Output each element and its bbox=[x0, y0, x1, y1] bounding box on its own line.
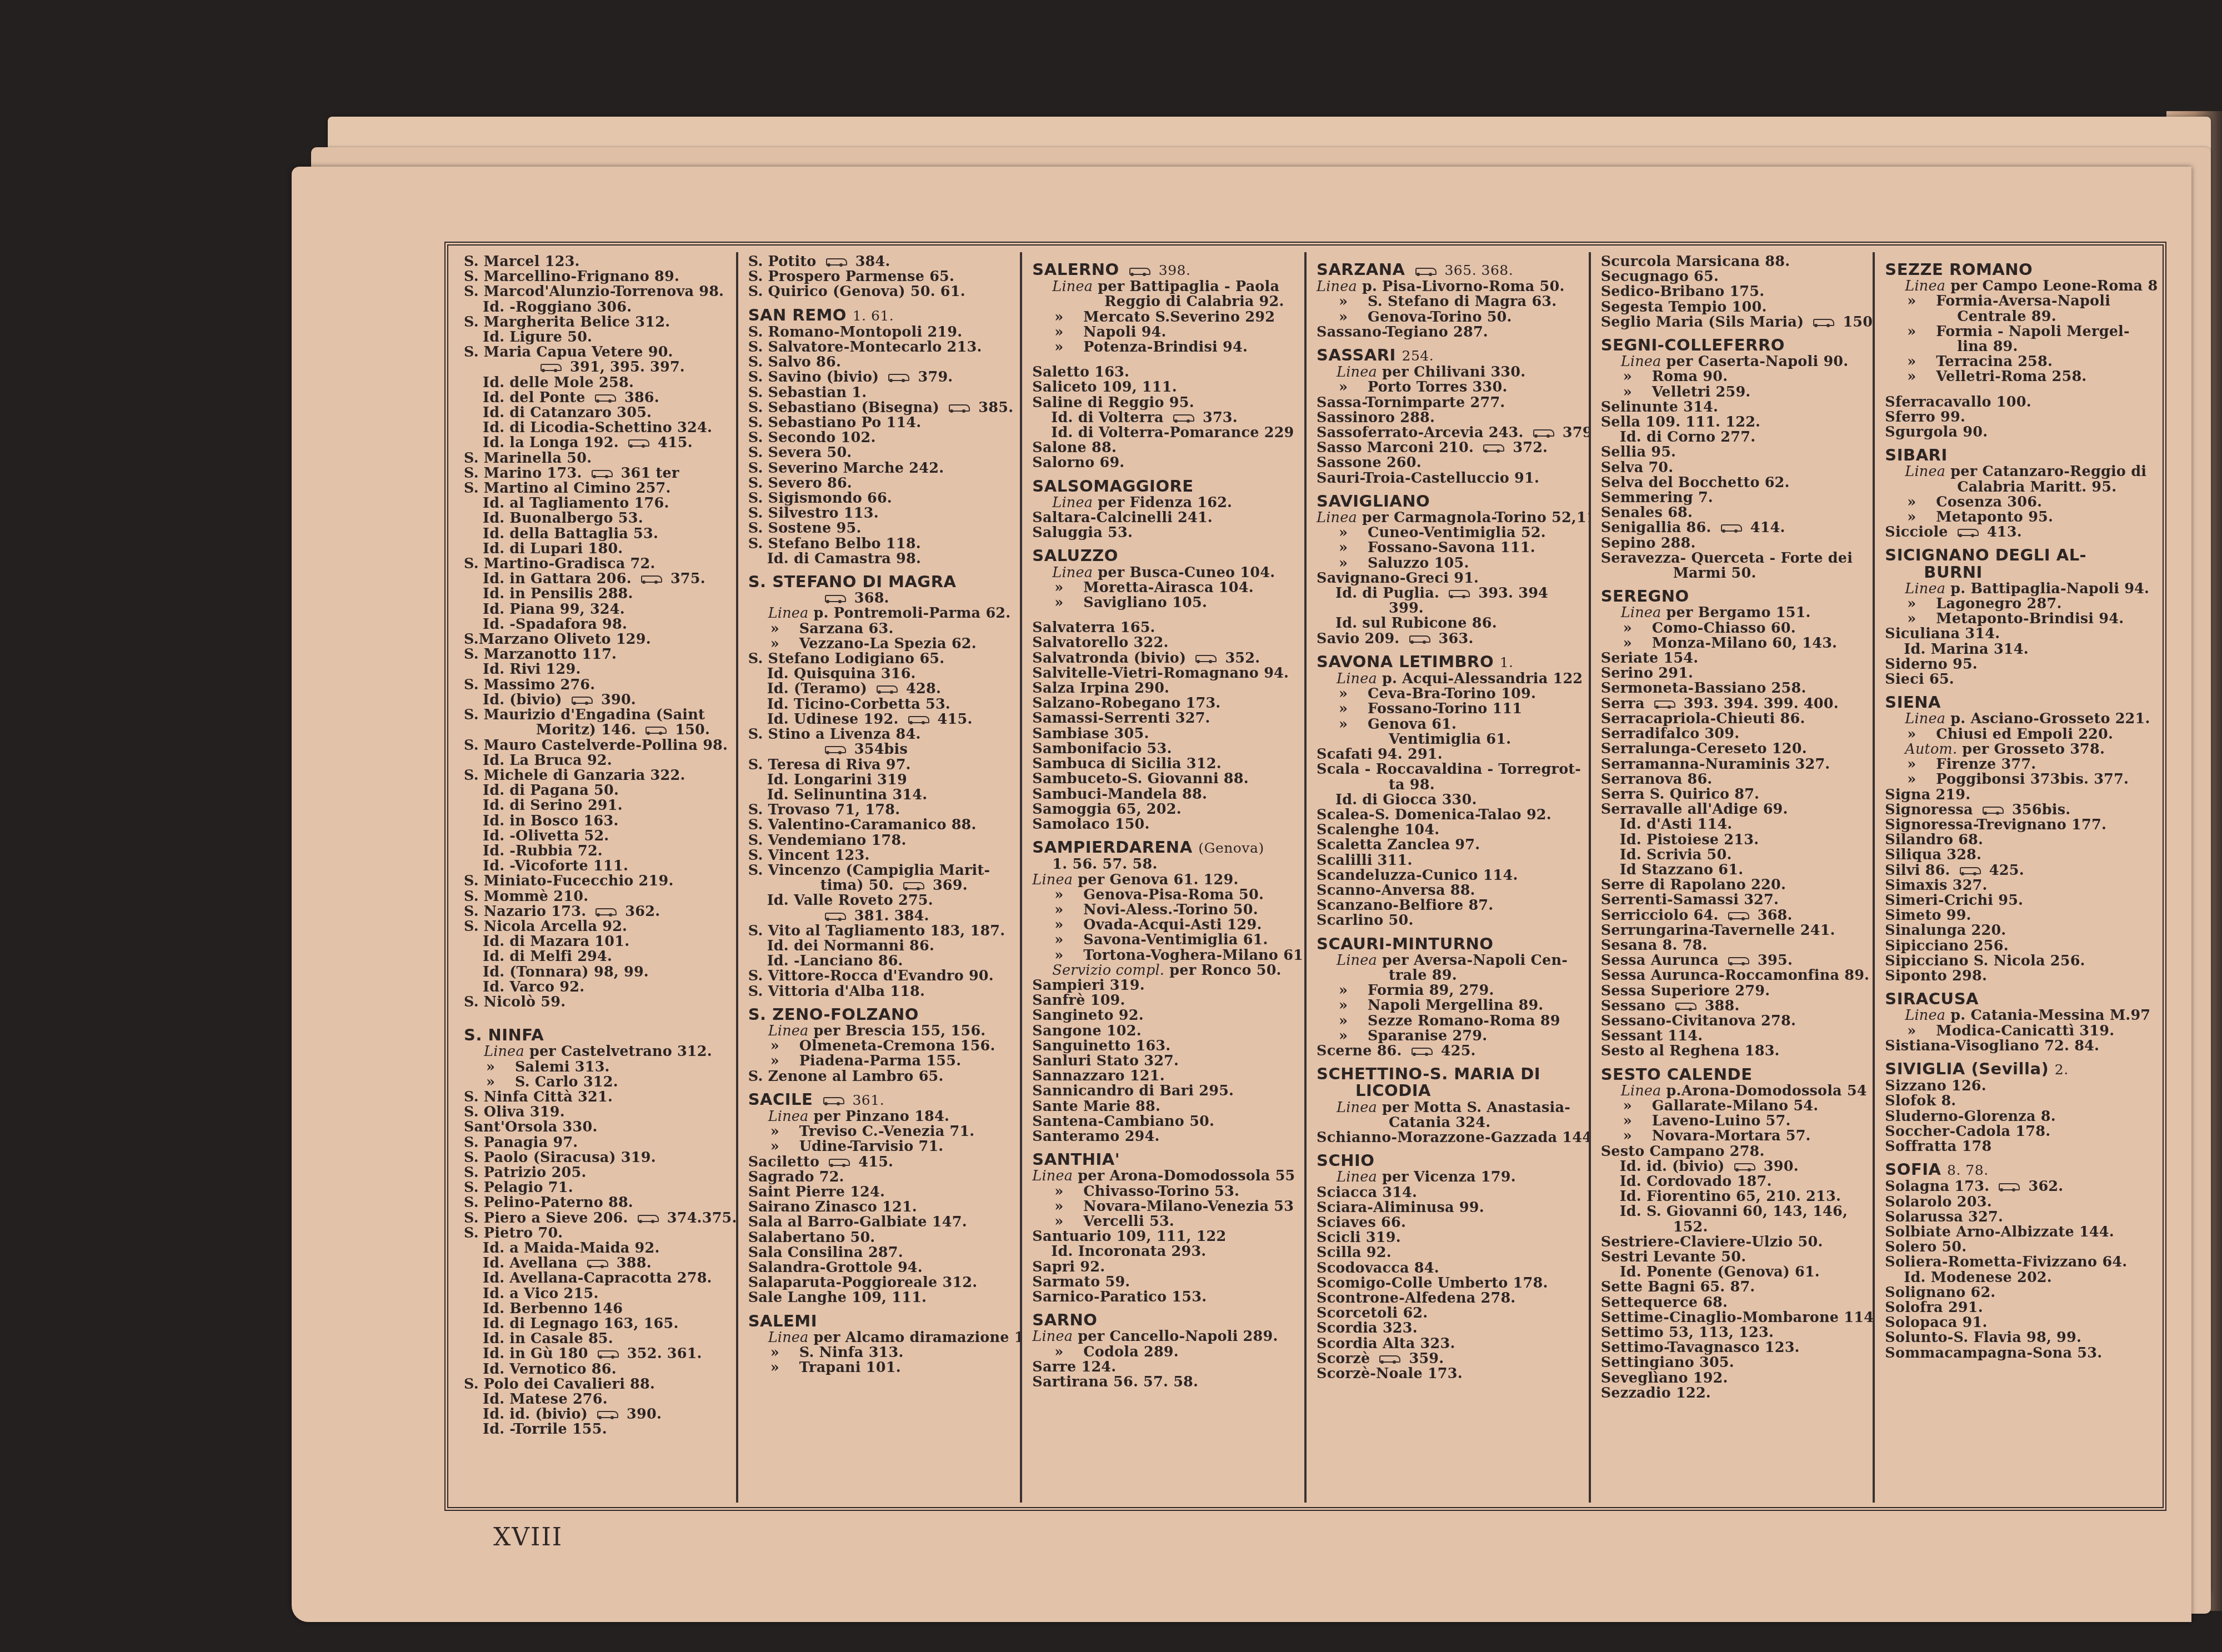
entry-text: Sarnico-Paratico 153. bbox=[1032, 1289, 1207, 1305]
station-entry: Sessano 388. bbox=[1601, 999, 1866, 1014]
entry-text: S. Zenone al Lambro 65. bbox=[748, 1068, 944, 1085]
line-label: Linea bbox=[1032, 872, 1073, 888]
entry-text: Settimo 53, 113, 123. bbox=[1601, 1324, 1774, 1341]
entry-text: Sipicciano S. Nicola 256. bbox=[1885, 953, 2085, 969]
station-entry: S. Mommè 210. bbox=[464, 889, 729, 904]
line-branch: Napoli Mergellina 89. bbox=[1317, 998, 1582, 1013]
station-entry: Salvaterra 165. bbox=[1032, 620, 1298, 635]
station-entry: S. Massimo 276. bbox=[464, 678, 729, 693]
entry-text: Sesto al Reghena 183. bbox=[1601, 1043, 1780, 1059]
sub-entry: Id. Pistoiese 213. bbox=[1601, 833, 1866, 848]
sub-entry: Id. di Corno 277. bbox=[1601, 430, 1866, 445]
entry-text: Sambuci-Mandela 88. bbox=[1032, 786, 1207, 803]
entry-text: Id. in Pensilis 288. bbox=[483, 585, 633, 602]
station-entry: Sassone 260. bbox=[1317, 455, 1582, 470]
line-branch: Savona-Ventimiglia 61. bbox=[1032, 933, 1298, 948]
station-entry: Sipicciano 256. bbox=[1885, 939, 2150, 954]
sub-entry: Id. di Puglia. 393. 394 bbox=[1317, 586, 1582, 601]
station-entry: Selva 70. bbox=[1601, 460, 1866, 475]
heading-title: SCAURI-MINTURNO bbox=[1317, 934, 1493, 953]
line-branch: Cuneo-Ventimiglia 52. bbox=[1317, 525, 1582, 540]
sub-entry: Id. Buonalbergo 53. bbox=[464, 511, 729, 526]
entry-text: per Alcamo diramazione 101 bbox=[808, 1329, 1022, 1346]
station-entry: Sanfrè 109. bbox=[1032, 993, 1298, 1008]
sub-entry: Id. -Torrile 155. bbox=[464, 1422, 729, 1437]
station-entry: Sannazzaro 121. bbox=[1032, 1069, 1298, 1084]
sub-entry: Id. id. (bivio) 390. bbox=[464, 1407, 729, 1422]
entry-text: Salvatorello 322. bbox=[1032, 634, 1168, 651]
section-heading: SALEMI bbox=[748, 1314, 1014, 1329]
entry-text: Savigliano 105. bbox=[1083, 594, 1207, 611]
station-entry: S. Sigismondo 66. bbox=[748, 491, 1014, 506]
sub-entry: Id. di Legnago 163, 165. bbox=[464, 1316, 729, 1331]
station-entry: Sesana 8. 78. bbox=[1601, 938, 1866, 953]
line-entry: Linea per Busca-Cuneo 104. bbox=[1032, 565, 1298, 580]
line-entry: Linea per Campo Leone-Roma 89. bbox=[1885, 279, 2150, 294]
entry-text: Sciara-Aliminusa 99. bbox=[1317, 1199, 1484, 1216]
line-branch: Treviso C.-Venezia 71. bbox=[748, 1124, 1014, 1139]
entry-text: Sessano-Civitanova 278. bbox=[1601, 1013, 1796, 1029]
line-branch: Novi-Aless.-Torino 50. bbox=[1032, 903, 1298, 918]
index-column-4: SARZANA 365. 368.Linea p. Pisa-Livorno-R… bbox=[1307, 252, 1591, 1503]
station-entry: Schianno-Morazzone-Gazzada 144 bbox=[1317, 1130, 1582, 1145]
station-entry: S. Marcod'Alunzio-Torrenova 98. bbox=[464, 284, 729, 299]
entry-text: per Genova 61. 129. bbox=[1073, 872, 1238, 888]
line-entry: Linea p. Asciano-Grosseto 221. bbox=[1885, 712, 2150, 727]
entry-text: Soffratta 178 bbox=[1885, 1138, 1991, 1155]
entry-text: S. Stefano Lodigiano 65. bbox=[748, 650, 945, 667]
sub-entry: Id. sul Rubicone 86. bbox=[1317, 616, 1582, 631]
sub-entry: Id. Longarini 319 bbox=[748, 773, 1014, 788]
station-entry: S. Vincenzo (Campiglia Marit- bbox=[748, 863, 1014, 878]
bus-icon bbox=[585, 1259, 608, 1268]
station-entry: Scomigo-Colle Umberto 178. bbox=[1317, 1276, 1582, 1291]
entry-text: S. Marcellino-Frignano 89. bbox=[464, 268, 679, 285]
entry-text: Scorzè 359. bbox=[1317, 1350, 1444, 1367]
section-heading: SALUZZO bbox=[1032, 548, 1298, 563]
line-branch: Tortona-Voghera-Milano 61. bbox=[1032, 948, 1298, 963]
line-entry: Linea per Caserta-Napoli 90. bbox=[1601, 354, 1866, 369]
entry-text: Sessa Superiore 279. bbox=[1601, 983, 1770, 999]
station-entry: Sestriere-Claviere-Ulzio 50. bbox=[1601, 1235, 1866, 1250]
line-branch: Moretta-Airasca 104. bbox=[1032, 580, 1298, 595]
heading-title: SCHETTINO-S. MARIA DI bbox=[1317, 1064, 1540, 1083]
entry-text: Seravezza- Querceta - Forte dei bbox=[1601, 550, 1853, 567]
line-entry: Linea per Aversa-Napoli Cen- bbox=[1317, 953, 1582, 968]
line-label: Linea bbox=[1052, 278, 1093, 295]
entry-text: S. Marzanotto 117. bbox=[464, 646, 617, 663]
station-entry: Santeramo 294. bbox=[1032, 1129, 1298, 1144]
sub-entry: Id. -Olivetta 52. bbox=[464, 829, 729, 844]
entry-text: Napoli 94. bbox=[1083, 324, 1166, 341]
station-entry: Sizzano 126. bbox=[1885, 1079, 2150, 1094]
entry-text: Sangineto 92. bbox=[1032, 1007, 1143, 1024]
station-entry: S. Paolo (Siracusa) 319. bbox=[464, 1150, 729, 1165]
entry-continuation: trale 89. bbox=[1317, 968, 1582, 983]
sub-entry: Id. Udinese 192. 415. bbox=[748, 712, 1014, 727]
entry-text: Id. di Serino 291. bbox=[483, 797, 623, 814]
bus-icon bbox=[639, 575, 662, 584]
entry-text: Samassi-Serrenti 327. bbox=[1032, 710, 1210, 727]
heading-title: SAMPIERDARENA bbox=[1032, 838, 1192, 857]
line-branch: Codola 289. bbox=[1032, 1345, 1298, 1360]
bus-icon bbox=[1980, 806, 2004, 815]
bus-icon bbox=[1193, 654, 1217, 663]
station-entry: Solofra 291. bbox=[1885, 1300, 2150, 1315]
heading-title: SALUZZO bbox=[1032, 546, 1118, 565]
bus-icon bbox=[1726, 912, 1749, 920]
station-entry: Serricciolo 64. 368. bbox=[1601, 908, 1866, 923]
entry-text: S. Mommè 210. bbox=[464, 888, 588, 905]
entry-text: S. Marino 173. 361 ter bbox=[464, 465, 679, 482]
entry-text: Metaponto-Brindisi 94. bbox=[1936, 610, 2124, 627]
station-entry: Soffratta 178 bbox=[1885, 1139, 2150, 1154]
entry-text: Genova-Pisa-Roma 50. bbox=[1083, 887, 1264, 903]
station-entry: Simeto 99. bbox=[1885, 908, 2150, 923]
entry-text: Id. Valle Roveto 275. bbox=[767, 892, 933, 909]
bus-icon bbox=[824, 258, 847, 267]
station-entry: S. Stino a Livenza 84. bbox=[748, 727, 1014, 742]
sub-entry: Id. Cordovado 187. bbox=[1601, 1174, 1866, 1189]
heading-title: SCHIO bbox=[1317, 1151, 1374, 1170]
entry-text: Settingiano 305. bbox=[1601, 1354, 1734, 1371]
heading-title: SARZANA bbox=[1317, 260, 1405, 279]
station-entry: Sampieri 319. bbox=[1032, 978, 1298, 993]
entry-text: S. Potito 384. bbox=[748, 253, 890, 270]
station-entry: Sessa Superiore 279. bbox=[1601, 984, 1866, 999]
entry-continuation: ta 98. bbox=[1317, 778, 1582, 793]
station-entry: Salaparuta-Poggioreale 312. bbox=[748, 1275, 1014, 1290]
entry-text: S. Marcel 123. bbox=[464, 253, 580, 270]
station-entry: Sesto al Reghena 183. bbox=[1601, 1044, 1866, 1059]
entry-text: Solignano 62. bbox=[1885, 1284, 1995, 1301]
station-entry: S. Sebastiano (Bisegna) 385. bbox=[748, 401, 1014, 415]
entry-text: 381. 384. bbox=[820, 908, 929, 924]
station-entry: Serra S. Quirico 87. bbox=[1601, 787, 1866, 802]
entry-text: Selva 70. bbox=[1601, 459, 1674, 476]
line-label: Linea bbox=[1337, 1169, 1377, 1185]
station-entry: Siderno 95. bbox=[1885, 657, 2150, 672]
entry-text: trale 89. bbox=[1389, 967, 1457, 984]
entry-text: Id. in Gattara 206. 375. bbox=[483, 570, 705, 587]
heading-title: SAVIGLIANO bbox=[1317, 492, 1430, 510]
station-entry: S. Vittore-Rocca d'Evandro 90. bbox=[748, 969, 1014, 984]
station-entry: Sangineto 92. bbox=[1032, 1008, 1298, 1023]
station-entry: S. Sostene 95. bbox=[748, 521, 1014, 536]
entry-text: Id. id. (bivio) 390. bbox=[483, 1406, 662, 1423]
sub-entry: Id. Selinuntina 314. bbox=[748, 788, 1014, 803]
entry-continuation: lina 89. bbox=[1885, 339, 2150, 354]
line-branch: Sarzana 63. bbox=[748, 622, 1014, 637]
station-entry: Scanzano-Belfiore 87. bbox=[1317, 898, 1582, 913]
entry-text: S. Nicolò 59. bbox=[464, 994, 565, 1010]
sub-entry: Id. Incoronata 293. bbox=[1032, 1244, 1298, 1259]
station-entry: Scala - Roccavaldina - Torregrot- bbox=[1317, 762, 1582, 777]
bus-icon bbox=[538, 363, 562, 372]
entry-text: Sagrado 72. bbox=[748, 1169, 844, 1185]
station-entry: Sassoferrato-Arcevia 243. 379 bbox=[1317, 425, 1582, 440]
station-entry: S. Vendemiano 178. bbox=[748, 833, 1014, 848]
bus-icon bbox=[1407, 635, 1430, 644]
entry-text: S. Salvo 86. bbox=[748, 354, 841, 371]
entry-text: Sizzano 126. bbox=[1885, 1078, 1986, 1094]
entry-text: Sferro 99. bbox=[1885, 409, 1965, 425]
entry-text: Poggibonsi 373bis. 377. bbox=[1936, 771, 2129, 788]
heading-title: SARNO bbox=[1032, 1310, 1097, 1329]
entry-text: per Bergamo 151. bbox=[1662, 604, 1811, 621]
station-entry: Settimo-Tavagnasco 123. bbox=[1601, 1340, 1866, 1355]
entry-text: Id. di Corno 277. bbox=[1620, 429, 1756, 445]
section-heading: SAN REMO 1. 61. bbox=[748, 308, 1014, 323]
line-branch: Velletri-Roma 258. bbox=[1885, 369, 2150, 384]
entry-text: Sante Marie 88. bbox=[1032, 1098, 1160, 1115]
entry-text: Scordia Alta 323. bbox=[1317, 1335, 1455, 1352]
entry-text: Signoressa 356bis. bbox=[1885, 802, 2070, 818]
section-heading: SACILE 361. bbox=[748, 1092, 1014, 1108]
station-entry: S. Marzanotto 117. bbox=[464, 647, 729, 662]
entry-text: Sciaves 66. bbox=[1317, 1214, 1406, 1231]
bus-icon bbox=[886, 373, 909, 382]
bus-icon bbox=[821, 1097, 844, 1105]
sub-entry: Id. Modenese 202. bbox=[1885, 1270, 2150, 1285]
station-entry: Salorno 69. bbox=[1032, 455, 1298, 470]
entry-text: Scorcetoli 62. bbox=[1317, 1305, 1428, 1321]
station-entry: Salvatorello 322. bbox=[1032, 635, 1298, 650]
station-entry: S. Vito al Tagliamento 183, 187. bbox=[748, 924, 1014, 939]
station-entry: Linea p. Pisa-Livorno-Roma 50. bbox=[1317, 279, 1582, 294]
station-entry: Seveglìano 192. bbox=[1601, 1371, 1866, 1386]
bus-icon bbox=[1719, 524, 1742, 533]
bus-icon bbox=[1673, 1002, 1696, 1011]
station-entry: Salvatronda (bivio) 352. bbox=[1032, 651, 1298, 666]
entry-text: Sassone 260. bbox=[1317, 454, 1422, 471]
heading-pages: 2. bbox=[2055, 1062, 2069, 1078]
entry-text: Vercelli 53. bbox=[1083, 1213, 1174, 1230]
sub-entry: Id. Ticino-Corbetta 53. bbox=[748, 697, 1014, 712]
station-entry: S. Stefano Belbo 118. bbox=[748, 537, 1014, 552]
entry-text: Tortona-Voghera-Milano 61. bbox=[1083, 947, 1307, 964]
entry-text: S.Marzano Oliveto 129. bbox=[464, 631, 651, 648]
sub-entry: Id. Berbenno 146 bbox=[464, 1301, 729, 1316]
entry-text: Sassa-Tornimparte 277. bbox=[1317, 394, 1505, 411]
station-entry: S. Quirico (Genova) 50. 61. bbox=[748, 284, 1014, 299]
entry-text: Id. -Roggiano 306. bbox=[483, 299, 632, 316]
line-branch: Metaponto-Brindisi 94. bbox=[1885, 612, 2150, 627]
station-entry: Sapri 92. bbox=[1032, 1260, 1298, 1275]
entry-text: Saluzzo 105. bbox=[1368, 555, 1469, 572]
entry-text: Sambiase 305. bbox=[1032, 725, 1149, 742]
entry-text: S. Secondo 102. bbox=[748, 429, 876, 446]
entry-text: Fossano-Savona 111. bbox=[1368, 539, 1535, 556]
station-entry: Sairano Zinasco 121. bbox=[748, 1200, 1014, 1215]
station-entry: Sesto Campano 278. bbox=[1601, 1144, 1866, 1159]
station-entry: Serramanna-Nuraminis 327. bbox=[1601, 757, 1866, 772]
line-branch: Salemi 313. bbox=[464, 1060, 729, 1075]
entry-text: 354bis bbox=[820, 741, 908, 758]
entry-text: Scorzè-Noale 173. bbox=[1317, 1365, 1463, 1382]
bus-icon bbox=[595, 1410, 618, 1419]
entry-text: S. Carlo 312. bbox=[515, 1074, 618, 1090]
entry-text: Id. Avellana-Capracotta 278. bbox=[483, 1270, 712, 1286]
station-entry: Sale Langhe 109, 111. bbox=[748, 1290, 1014, 1305]
entry-text: S. Severino Marche 242. bbox=[748, 460, 944, 477]
station-entry: S. Ninfa Città 321. bbox=[464, 1090, 729, 1105]
station-entry: S. Patrizio 205. bbox=[464, 1165, 729, 1180]
station-entry: Segesta Tempio 100. bbox=[1601, 300, 1866, 315]
line-branch: Velletri 259. bbox=[1601, 385, 1866, 400]
line-branch: S. Ninfa 313. bbox=[748, 1345, 1014, 1360]
sub-entry: Id. Fiorentino 65, 210. 213. bbox=[1601, 1189, 1866, 1204]
entry-text: Salaparuta-Poggioreale 312. bbox=[748, 1274, 978, 1291]
section-heading: S. ZENO-FOLZANO bbox=[748, 1007, 1014, 1022]
line-branch: Formia - Napoli Mergel- bbox=[1885, 324, 2150, 339]
station-entry: Sessa Aurunca-Roccamonfina 89. bbox=[1601, 968, 1866, 983]
line-branch: Potenza-Brindisi 94. bbox=[1032, 340, 1298, 355]
line-entry: Linea per Vicenza 179. bbox=[1317, 1170, 1582, 1185]
station-entry: Seriate 154. bbox=[1601, 651, 1866, 666]
line-entry: Linea per Motta S. Anastasia- bbox=[1317, 1100, 1582, 1115]
entry-text: Settime-Cinaglio-Mombarone 114 bbox=[1601, 1309, 1874, 1326]
entry-text: Sessa Aurunca-Roccamonfina 89. bbox=[1601, 967, 1870, 984]
line-label: Linea bbox=[1032, 1168, 1073, 1184]
line-entry: Servizio compl. per Ronco 50. bbox=[1032, 963, 1298, 978]
station-entry: S. Severo 86. bbox=[748, 476, 1014, 491]
entry-text: Id. Ligure 50. bbox=[483, 329, 592, 346]
entry-text: Id. Matese 276. bbox=[483, 1391, 608, 1408]
heading-title: LICODIA bbox=[1355, 1081, 1431, 1100]
station-entry: Sassa-Tornimparte 277. bbox=[1317, 396, 1582, 411]
bus-icon bbox=[643, 726, 667, 735]
line-branch: Firenze 377. bbox=[1885, 757, 2150, 772]
entry-text: Lagonegro 287. bbox=[1936, 595, 2061, 612]
heading-title: SALEMI bbox=[748, 1311, 817, 1330]
entry-text: Sommacampagna-Sona 53. bbox=[1885, 1345, 2102, 1361]
entry-text: Selva del Bocchetto 62. bbox=[1601, 474, 1790, 491]
entry-text: Simaxis 327. bbox=[1885, 877, 1987, 894]
sub-entry: Id. dei Normanni 86. bbox=[748, 939, 1014, 954]
entry-text: Salandra-Grottole 94. bbox=[748, 1259, 923, 1276]
entry-text: Sesana 8. 78. bbox=[1601, 937, 1708, 954]
station-entry: Selva del Bocchetto 62. bbox=[1601, 475, 1866, 490]
entry-text: Sezze Romano-Roma 89 bbox=[1368, 1013, 1560, 1029]
entry-text: Siponto 298. bbox=[1885, 968, 1987, 984]
sub-entry: Id. in Gattara 206. 375. bbox=[464, 572, 729, 587]
line-branch: Poggibonsi 373bis. 377. bbox=[1885, 772, 2150, 787]
section-heading: LICODIA bbox=[1317, 1083, 1582, 1098]
line-label: Linea bbox=[1337, 364, 1377, 381]
section-heading: SIBARI bbox=[1885, 448, 2150, 463]
station-entry: Senales 68. bbox=[1601, 505, 1866, 520]
entry-text: Samoggia 65, 202. bbox=[1032, 801, 1181, 818]
entry-text: Id. sul Rubicone 86. bbox=[1335, 615, 1497, 632]
entry-text: Scerne 86. 425. bbox=[1317, 1043, 1476, 1059]
entry-text: Sarmato 59. bbox=[1032, 1274, 1130, 1290]
section-heading: SCHETTINO-S. MARIA DI bbox=[1317, 1067, 1582, 1082]
station-entry: Serra 393. 394. 399. 400. bbox=[1601, 697, 1866, 712]
station-entry: Serracapriola-Chieuti 86. bbox=[1601, 712, 1866, 727]
entry-text: Novara-Mortara 57. bbox=[1652, 1128, 1811, 1144]
sub-entry: Id. del Ponte 386. bbox=[464, 391, 729, 406]
entry-text: Calabria Maritt. 95. bbox=[1957, 479, 2116, 495]
entry-text: Id. in Bosco 163. bbox=[483, 813, 618, 829]
entry-text: S. Stefano di Magra 63. bbox=[1368, 293, 1557, 310]
section-heading: SAMPIERDARENA (Genova) bbox=[1032, 840, 1298, 855]
entry-text: Scandeluzza-Cunico 114. bbox=[1317, 867, 1518, 884]
sub-entry: Id. d'Asti 114. bbox=[1601, 817, 1866, 832]
entry-text: Sauri-Troia-Castelluccio 91. bbox=[1317, 470, 1539, 487]
bus-icon bbox=[1955, 528, 1979, 537]
entry-text: Saletto 163. bbox=[1032, 364, 1129, 381]
entry-text: Serricciolo 64. 368. bbox=[1601, 907, 1793, 924]
station-entry: S. Nazario 173. 362. bbox=[464, 904, 729, 919]
entry-text: per Cancello-Napoli 289. bbox=[1073, 1328, 1278, 1345]
sub-entry: Id. La Bruca 92. bbox=[464, 753, 729, 768]
line-entry: Linea p.Arona-Domodossola 54 bbox=[1601, 1084, 1866, 1099]
entry-continuation: tima) 50. 369. bbox=[748, 878, 1014, 893]
entry-text: Santena-Cambiano 50. bbox=[1032, 1113, 1214, 1130]
heading-pages: 1. 61. bbox=[853, 308, 894, 324]
entry-text: per Fidenza 162. bbox=[1093, 494, 1232, 511]
entry-continuation: 354bis bbox=[748, 742, 1014, 757]
line-branch: Ceva-Bra-Torino 109. bbox=[1317, 687, 1582, 702]
station-entry: Sambuca di Sicilia 312. bbox=[1032, 757, 1298, 772]
entry-text: S. Margherita Belice 312. bbox=[464, 314, 670, 331]
station-entry: Samolaco 150. bbox=[1032, 817, 1298, 832]
entry-text: Id. Incoronata 293. bbox=[1051, 1243, 1206, 1260]
entry-continuation: 368. bbox=[748, 591, 1014, 606]
entry-text: S. Mauro Castelverde-Pollina 98. bbox=[464, 737, 728, 754]
entry-text: p. Battipaglia-Napoli 94. bbox=[1945, 580, 2149, 597]
entry-text: Scalea-S. Domenica-Talao 92. bbox=[1317, 807, 1552, 823]
entry-text: S. Michele di Ganzaria 322. bbox=[464, 767, 685, 784]
station-entry: Sanluri Stato 327. bbox=[1032, 1054, 1298, 1069]
heading-title: SICIGNANO DEGLI AL- bbox=[1885, 545, 2086, 564]
entry-text: Id. a Vico 215. bbox=[483, 1285, 598, 1302]
sub-entry: Id. Ligure 50. bbox=[464, 330, 729, 345]
entry-text: Novi-Aless.-Torino 50. bbox=[1083, 902, 1258, 918]
station-entry: Sassinoro 288. bbox=[1317, 411, 1582, 425]
station-entry: Scodovacca 84. bbox=[1317, 1261, 1582, 1276]
entry-text: Ovada-Acqui-Asti 129. bbox=[1083, 917, 1262, 933]
entry-text: Fossano-Torino 111 bbox=[1368, 700, 1522, 717]
entry-text: S. Patrizio 205. bbox=[464, 1164, 587, 1181]
entry-text: Piadena-Parma 155. bbox=[799, 1053, 962, 1069]
entry-text: per Castelvetrano 312. bbox=[524, 1043, 712, 1060]
bus-icon bbox=[906, 715, 929, 724]
entry-text: per Arona-Domodossola 55 bbox=[1073, 1168, 1295, 1184]
station-entry: Sartirana 56. 57. 58. bbox=[1032, 1375, 1298, 1390]
entry-text: per Grosseto 378. bbox=[1957, 741, 2105, 758]
heading-title: SALSOMAGGIORE bbox=[1032, 477, 1193, 495]
sub-entry: Id. Avellana-Capracotta 278. bbox=[464, 1271, 729, 1286]
line-entry: Linea per Catanzaro-Reggio di bbox=[1885, 464, 2150, 479]
line-label: Linea bbox=[768, 1329, 809, 1346]
line-label: Linea bbox=[1621, 1083, 1662, 1099]
line-label: Linea bbox=[1337, 670, 1377, 687]
entry-text: Id. di Giocca 330. bbox=[1335, 792, 1477, 808]
entry-text: Id. Cordovado 187. bbox=[1620, 1173, 1772, 1190]
entry-text: tima) 50. 369. bbox=[820, 877, 968, 894]
entry-text: Id. Selinuntina 314. bbox=[767, 787, 928, 803]
entry-text: S. Romano-Montopoli 219. bbox=[748, 324, 963, 341]
station-entry: Sciaves 66. bbox=[1317, 1215, 1582, 1230]
station-entry: S. Martino al Cimino 257. bbox=[464, 481, 729, 496]
station-entry: Sedico-Bribano 175. bbox=[1601, 284, 1866, 299]
entry-text: Ventimiglia 61. bbox=[1389, 731, 1511, 748]
entry-text: Sette Bagni 65. 87. bbox=[1601, 1279, 1755, 1295]
station-entry: Serino 291. bbox=[1601, 666, 1866, 681]
line-branch: S. Stefano di Magra 63. bbox=[1317, 294, 1582, 309]
